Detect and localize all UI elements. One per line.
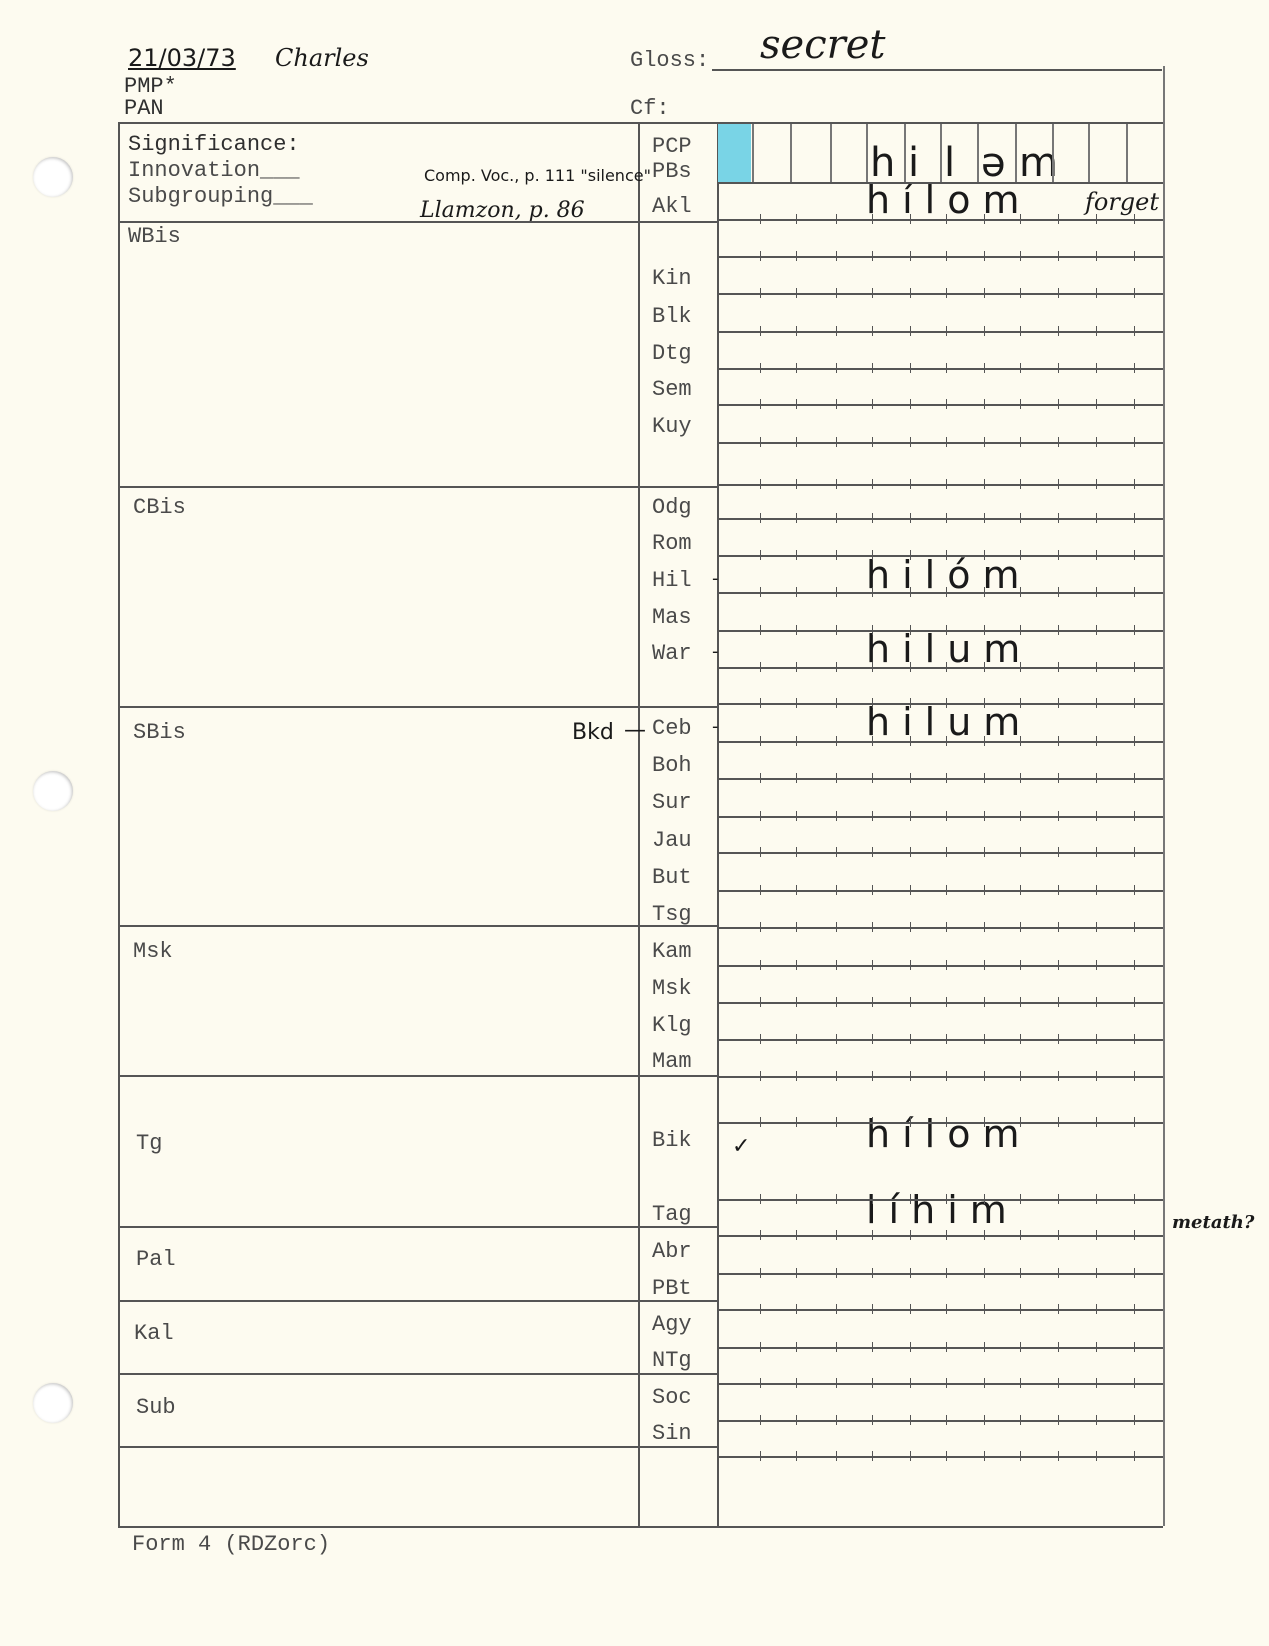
ruled-tick — [946, 214, 947, 224]
ruled-tick — [1096, 1304, 1097, 1314]
ruled-tick — [946, 773, 947, 783]
ruled-tick — [872, 811, 873, 821]
ruled-tick — [836, 960, 837, 970]
gloss-value[interactable]: secret — [760, 22, 885, 68]
ruled-tick — [984, 736, 985, 746]
ruled-tick — [836, 698, 837, 708]
ruled-tick — [796, 811, 797, 821]
ruled-tick — [760, 698, 761, 708]
ruled-tick — [1096, 625, 1097, 635]
ruled-tick — [872, 1304, 873, 1314]
ruled-tick — [910, 662, 911, 672]
ruled-tick — [872, 960, 873, 970]
ruled-tick — [836, 288, 837, 298]
ruled-tick — [946, 847, 947, 857]
box-divider — [866, 124, 868, 182]
subgrouping-label[interactable]: Subgrouping___ — [128, 186, 313, 208]
ruled-tick — [1058, 214, 1059, 224]
ruled-tick — [760, 1034, 761, 1044]
ruled-tick — [984, 479, 985, 489]
ruled-tick — [872, 214, 873, 224]
ruled-tick — [910, 773, 911, 783]
pbs-letter: ə — [981, 140, 1006, 186]
ruled-line — [718, 182, 1163, 184]
ruled-tick — [760, 662, 761, 672]
ruled-tick — [796, 885, 797, 895]
language-code-blk: Blk — [652, 306, 692, 328]
ruled-tick — [1058, 1268, 1059, 1278]
ruled-tick — [1058, 1378, 1059, 1388]
ruled-tick — [796, 399, 797, 409]
ruled-tick — [1058, 625, 1059, 635]
form-tag[interactable]: líhim — [866, 1188, 1019, 1232]
group-kal: Kal — [134, 1323, 174, 1345]
ruled-tick — [1096, 1071, 1097, 1081]
ruled-tick — [1096, 513, 1097, 523]
ruled-tick — [1134, 811, 1135, 821]
highlight-cell — [718, 124, 751, 182]
ruled-tick — [836, 773, 837, 783]
ruled-tick — [946, 1378, 947, 1388]
ruled-tick — [984, 922, 985, 932]
ruled-tick — [760, 437, 761, 447]
ruled-tick — [872, 773, 873, 783]
box-divider — [830, 124, 832, 182]
ruled-tick — [836, 1415, 837, 1425]
ruled-tick — [1058, 885, 1059, 895]
ruled-tick — [796, 1342, 797, 1352]
ruled-tick — [1020, 847, 1021, 857]
binder-hole-bottom — [33, 1383, 73, 1423]
ruled-tick — [910, 1194, 911, 1204]
ruled-tick — [1134, 1342, 1135, 1352]
ruled-tick — [1096, 1268, 1097, 1278]
ruled-tick — [910, 960, 911, 970]
ruled-tick — [1020, 550, 1021, 560]
pbs-letter: h — [870, 140, 895, 186]
ruled-tick — [910, 1071, 911, 1081]
ruled-tick — [872, 437, 873, 447]
ruled-tick — [872, 363, 873, 373]
ruled-tick — [872, 399, 873, 409]
ruled-tick — [836, 1230, 837, 1240]
language-code-pcp: PCP — [652, 136, 692, 158]
ruled-tick — [836, 662, 837, 672]
ruled-tick — [1058, 662, 1059, 672]
ruled-tick — [836, 326, 837, 336]
ruled-tick — [946, 363, 947, 373]
ruled-tick — [760, 625, 761, 635]
ruled-tick — [910, 1268, 911, 1278]
ruled-tick — [1134, 513, 1135, 523]
language-code-dtg: Dtg — [652, 343, 692, 365]
language-code-bik: Bik — [652, 1130, 692, 1152]
ruled-tick — [946, 1415, 947, 1425]
ruled-tick — [796, 773, 797, 783]
ruled-tick — [984, 1194, 985, 1204]
ruled-tick — [984, 1117, 985, 1127]
ruled-tick — [946, 587, 947, 597]
ruled-tick — [1134, 773, 1135, 783]
ruled-tick — [946, 1451, 947, 1461]
ruled-tick — [984, 1268, 985, 1278]
ruled-tick — [796, 922, 797, 932]
reference-comp-voc: Comp. Voc., p. 111 "silence" — [424, 166, 651, 185]
ruled-tick — [796, 550, 797, 560]
ruled-tick — [872, 922, 873, 932]
form-ceb[interactable]: hilum — [866, 700, 1032, 744]
box-divider — [940, 124, 942, 182]
ruled-tick — [796, 479, 797, 489]
ruled-tick — [984, 1378, 985, 1388]
ruled-tick — [1096, 922, 1097, 932]
ruled-tick — [796, 1194, 797, 1204]
ruled-tick — [872, 513, 873, 523]
ruled-tick — [1134, 1194, 1135, 1204]
ruled-tick — [1096, 773, 1097, 783]
ruled-tick — [984, 1451, 985, 1461]
ruled-tick — [1134, 1451, 1135, 1461]
ruled-tick — [760, 922, 761, 932]
ruled-tick — [1134, 1034, 1135, 1044]
form-hil[interactable]: hilóm — [866, 553, 1031, 597]
ruled-tick — [1058, 960, 1059, 970]
ruled-tick — [910, 811, 911, 821]
box-divider — [1126, 124, 1128, 182]
ruled-tick — [796, 214, 797, 224]
ruled-tick — [984, 1342, 985, 1352]
ruled-tick — [872, 847, 873, 857]
ruled-tick — [760, 736, 761, 746]
group-separator — [118, 221, 718, 223]
ruled-tick — [872, 736, 873, 746]
ruled-tick — [1096, 479, 1097, 489]
ruled-tick — [1020, 251, 1021, 261]
ruled-tick — [910, 698, 911, 708]
ruled-tick — [760, 1194, 761, 1204]
ruled-tick — [1020, 399, 1021, 409]
ruled-tick — [872, 1194, 873, 1204]
ruled-tick — [1020, 885, 1021, 895]
ruled-tick — [1096, 399, 1097, 409]
ruled-tick — [1020, 1034, 1021, 1044]
ruled-tick — [1134, 1268, 1135, 1278]
group-sbis: SBis — [133, 722, 186, 744]
ruled-tick — [760, 587, 761, 597]
level-pmp: PMP* — [124, 76, 177, 98]
ruled-tick — [796, 1304, 797, 1314]
ruled-tick — [836, 885, 837, 895]
language-code-mam: Mam — [652, 1051, 692, 1073]
ruled-tick — [872, 479, 873, 489]
ruled-tick — [872, 997, 873, 1007]
ruled-tick — [984, 399, 985, 409]
form-bik[interactable]: hílom — [866, 1112, 1031, 1156]
bik-check: ✓ — [732, 1134, 750, 1159]
gloss-label: Gloss: — [630, 50, 709, 72]
ruled-tick — [984, 1071, 985, 1081]
ruled-tick — [796, 847, 797, 857]
language-code-odg: Odg — [652, 497, 692, 519]
ruled-tick — [946, 437, 947, 447]
ruled-tick — [910, 1415, 911, 1425]
ruled-tick — [1096, 1034, 1097, 1044]
ruled-tick — [1020, 811, 1021, 821]
row-marker-dash: - — [712, 641, 719, 662]
ruled-tick — [1058, 922, 1059, 932]
ruled-tick — [910, 587, 911, 597]
ruled-tick — [910, 997, 911, 1007]
ruled-tick — [796, 1415, 797, 1425]
ruled-tick — [872, 1034, 873, 1044]
ruled-tick — [1020, 437, 1021, 447]
ruled-tick — [796, 1034, 797, 1044]
ruled-tick — [1020, 1117, 1021, 1127]
language-code-sur: Sur — [652, 792, 692, 814]
ruled-tick — [1096, 587, 1097, 597]
group-divider — [638, 122, 640, 1527]
ruled-tick — [1058, 363, 1059, 373]
ruled-tick — [1020, 513, 1021, 523]
innovation-label[interactable]: Innovation___ — [128, 160, 300, 182]
form-right-border — [1163, 66, 1165, 1526]
ruled-tick — [760, 326, 761, 336]
form-war[interactable]: hilum — [866, 627, 1032, 671]
language-code-tag: Tag — [652, 1204, 692, 1226]
ruled-tick — [1020, 1451, 1021, 1461]
akl-note-forget: forget — [1085, 188, 1159, 216]
ruled-tick — [760, 1415, 761, 1425]
ruled-tick — [836, 513, 837, 523]
ruled-tick — [910, 625, 911, 635]
language-code-rom: Rom — [652, 533, 692, 555]
language-code-tsg: Tsg — [652, 904, 692, 926]
ruled-tick — [1134, 736, 1135, 746]
ruled-tick — [872, 698, 873, 708]
ruled-tick — [1096, 1342, 1097, 1352]
ruled-tick — [872, 1415, 873, 1425]
ruled-tick — [836, 1451, 837, 1461]
ruled-tick — [1058, 399, 1059, 409]
ruled-tick — [984, 625, 985, 635]
ruled-tick — [836, 587, 837, 597]
group-separator — [118, 1226, 718, 1228]
ruled-tick — [946, 1194, 947, 1204]
ruled-tick — [872, 550, 873, 560]
ruled-tick — [796, 1451, 797, 1461]
ruled-tick — [1134, 587, 1135, 597]
ruled-tick — [796, 363, 797, 373]
language-code-akl: Akl — [652, 196, 692, 218]
ruled-tick — [836, 214, 837, 224]
ruled-tick — [872, 326, 873, 336]
ruled-tick — [1134, 1117, 1135, 1127]
binder-hole-middle — [33, 771, 73, 811]
ruled-tick — [946, 399, 947, 409]
language-code-kin: Kin — [652, 268, 692, 290]
ruled-tick — [984, 811, 985, 821]
box-divider — [1052, 124, 1054, 182]
ruled-tick — [910, 513, 911, 523]
ruled-tick — [1020, 1268, 1021, 1278]
ruled-tick — [872, 1117, 873, 1127]
ruled-tick — [1096, 1117, 1097, 1127]
group-separator — [118, 925, 718, 927]
ruled-tick — [796, 513, 797, 523]
ruled-tick — [1058, 1034, 1059, 1044]
ruled-tick — [796, 662, 797, 672]
ruled-tick — [760, 960, 761, 970]
ruled-tick — [984, 288, 985, 298]
language-code-sin: Sin — [652, 1423, 692, 1445]
ruled-tick — [910, 885, 911, 895]
ruled-tick — [760, 251, 761, 261]
ruled-tick — [760, 811, 761, 821]
ruled-tick — [910, 1342, 911, 1352]
ruled-tick — [872, 1451, 873, 1461]
ruled-tick — [1058, 479, 1059, 489]
ruled-tick — [946, 1071, 947, 1081]
ruled-tick — [946, 479, 947, 489]
ruled-tick — [760, 363, 761, 373]
group-separator — [118, 1300, 718, 1302]
ruled-tick — [760, 773, 761, 783]
ruled-tick — [1134, 625, 1135, 635]
ruled-tick — [1096, 1378, 1097, 1388]
language-code-hil: Hil — [652, 570, 692, 592]
reference-llamzon: Llamzon, p. 86 — [420, 198, 585, 223]
language-code-kuy: Kuy — [652, 416, 692, 438]
ruled-tick — [984, 773, 985, 783]
ruled-tick — [796, 997, 797, 1007]
language-code-but: But — [652, 867, 692, 889]
ruled-tick — [946, 736, 947, 746]
tag-note-metath: metath? — [1172, 1212, 1254, 1233]
language-code-jau: Jau — [652, 830, 692, 852]
ruled-tick — [796, 251, 797, 261]
ruled-tick — [836, 1378, 837, 1388]
ruled-tick — [910, 214, 911, 224]
ruled-tick — [760, 288, 761, 298]
ruled-tick — [984, 847, 985, 857]
ruled-tick — [760, 847, 761, 857]
ruled-tick — [984, 587, 985, 597]
ruled-tick — [1134, 251, 1135, 261]
ruled-tick — [1096, 736, 1097, 746]
ruled-tick — [836, 363, 837, 373]
ruled-tick — [836, 1304, 837, 1314]
ruled-tick — [910, 1378, 911, 1388]
ruled-tick — [872, 885, 873, 895]
language-code-pbt: PBt — [652, 1278, 692, 1300]
ruled-tick — [1058, 326, 1059, 336]
ruled-tick — [946, 288, 947, 298]
ruled-tick — [1134, 847, 1135, 857]
box-divider — [904, 124, 906, 182]
ruled-tick — [910, 1034, 911, 1044]
language-code-ntg: NTg — [652, 1350, 692, 1372]
group-separator — [118, 1075, 718, 1077]
ruled-tick — [1134, 922, 1135, 932]
form-top-border — [118, 122, 1163, 124]
author: Charles — [275, 44, 369, 72]
group-msk: Msk — [133, 941, 173, 963]
ruled-tick — [1020, 1071, 1021, 1081]
ruled-tick — [910, 847, 911, 857]
language-code-soc: Soc — [652, 1387, 692, 1409]
ruled-tick — [836, 1071, 837, 1081]
ruled-tick — [1020, 1378, 1021, 1388]
ruled-tick — [796, 1117, 797, 1127]
ruled-tick — [910, 479, 911, 489]
ruled-tick — [1058, 1230, 1059, 1240]
ruled-tick — [836, 1342, 837, 1352]
ruled-tick — [984, 885, 985, 895]
ruled-tick — [946, 326, 947, 336]
row-marker-dash: - — [712, 716, 719, 737]
ruled-tick — [836, 1034, 837, 1044]
ruled-tick — [984, 437, 985, 447]
ruled-tick — [1058, 513, 1059, 523]
ruled-tick — [836, 251, 837, 261]
ruled-tick — [946, 513, 947, 523]
ruled-tick — [946, 550, 947, 560]
group-tg: Tg — [136, 1133, 162, 1155]
ruled-tick — [984, 1230, 985, 1240]
language-code-war: War — [652, 643, 692, 665]
ruled-tick — [1058, 550, 1059, 560]
ruled-tick — [796, 1268, 797, 1278]
group-separator — [118, 706, 718, 708]
ruled-tick — [1096, 811, 1097, 821]
form-label: Form 4 (RDZorc) — [132, 1534, 330, 1556]
group-separator — [118, 1446, 718, 1448]
box-divider — [1088, 124, 1090, 182]
group-cbis: CBis — [133, 497, 186, 519]
ruled-tick — [1020, 1230, 1021, 1240]
sbis-note-bkd: Bkd — [572, 720, 614, 745]
ruled-tick — [760, 1342, 761, 1352]
ruled-tick — [1020, 587, 1021, 597]
ruled-tick — [836, 1268, 837, 1278]
ruled-tick — [1020, 1415, 1021, 1425]
ruled-tick — [1134, 363, 1135, 373]
ruled-tick — [984, 1304, 985, 1314]
ruled-tick — [1096, 885, 1097, 895]
ruled-tick — [910, 736, 911, 746]
ruled-tick — [1058, 251, 1059, 261]
ruled-tick — [1096, 1415, 1097, 1425]
ruled-tick — [1058, 1342, 1059, 1352]
ruled-tick — [1096, 960, 1097, 970]
level-pan: PAN — [124, 98, 164, 120]
cf-label: Cf: — [630, 98, 670, 120]
language-code-pbs: PBs — [652, 161, 692, 183]
ruled-tick — [796, 437, 797, 447]
code-divider — [717, 122, 719, 1527]
ruled-tick — [1058, 1117, 1059, 1127]
ruled-tick — [1096, 662, 1097, 672]
ruled-tick — [1134, 698, 1135, 708]
ruled-tick — [760, 1304, 761, 1314]
ruled-tick — [910, 922, 911, 932]
ruled-tick — [1096, 326, 1097, 336]
ruled-tick — [796, 625, 797, 635]
ruled-tick — [796, 587, 797, 597]
row-marker-dash: - — [712, 568, 719, 589]
language-code-ceb: Ceb — [652, 718, 692, 740]
ruled-tick — [1134, 550, 1135, 560]
